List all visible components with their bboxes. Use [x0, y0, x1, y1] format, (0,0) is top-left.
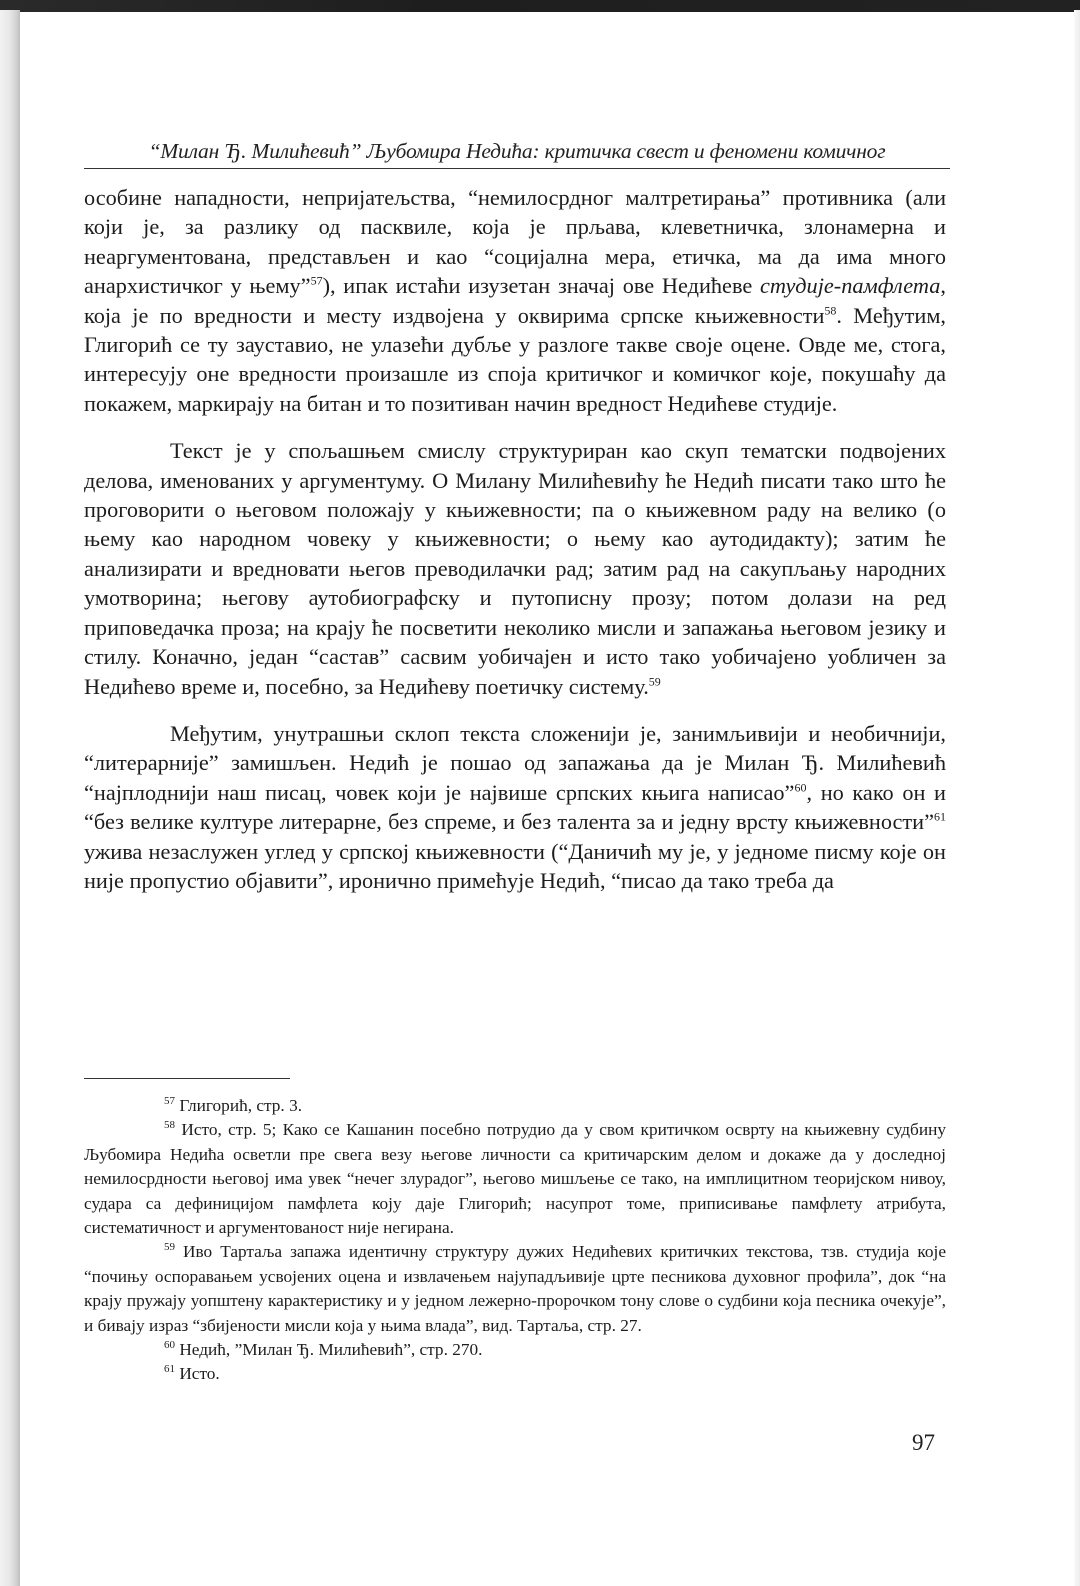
footnote-60: 60 Недић, ”Милан Ђ. Милићевић”, стр. 270…	[84, 1338, 946, 1362]
footnote-ref-61[interactable]: 61	[934, 810, 946, 824]
body-text: особине нападности, непријатељства, “нем…	[84, 183, 946, 895]
footnote-57: 57 Глигорић, стр. 3.	[84, 1094, 946, 1118]
page-number: 97	[912, 1430, 935, 1456]
footnote-ref-59[interactable]: 59	[649, 674, 661, 688]
scan-binding-edge	[0, 10, 20, 1586]
scan-top-edge	[0, 0, 1080, 12]
footnote-ref-57[interactable]: 57	[311, 274, 323, 288]
footnote-ref-60[interactable]: 60	[794, 780, 806, 794]
footnote-58: 58 Исто, стр. 5; Како се Кашанин посебно…	[84, 1118, 946, 1240]
paragraph-3: Међутим, унутрашњи склоп текста сложениј…	[84, 719, 946, 895]
footnote-59: 59 Иво Тартаља запажа идентичну структур…	[84, 1240, 946, 1338]
scan-right-edge	[1074, 10, 1080, 1586]
header-rule	[84, 168, 950, 169]
italic-term: студије-памфлета	[760, 273, 940, 298]
running-head: “Милан Ђ. Милићевић” Љубомира Недића: кр…	[84, 139, 950, 164]
footnote-rule	[84, 1078, 290, 1079]
footnote-61: 61 Исто.	[84, 1362, 946, 1386]
footnotes: 57 Глигорић, стр. 3. 58 Исто, стр. 5; Ка…	[84, 1094, 946, 1387]
paragraph-2: Текст је у спољашњем смислу структуриран…	[84, 436, 946, 701]
paragraph-1: особине нападности, непријатељства, “нем…	[84, 183, 946, 418]
footnote-ref-58[interactable]: 58	[824, 303, 836, 317]
